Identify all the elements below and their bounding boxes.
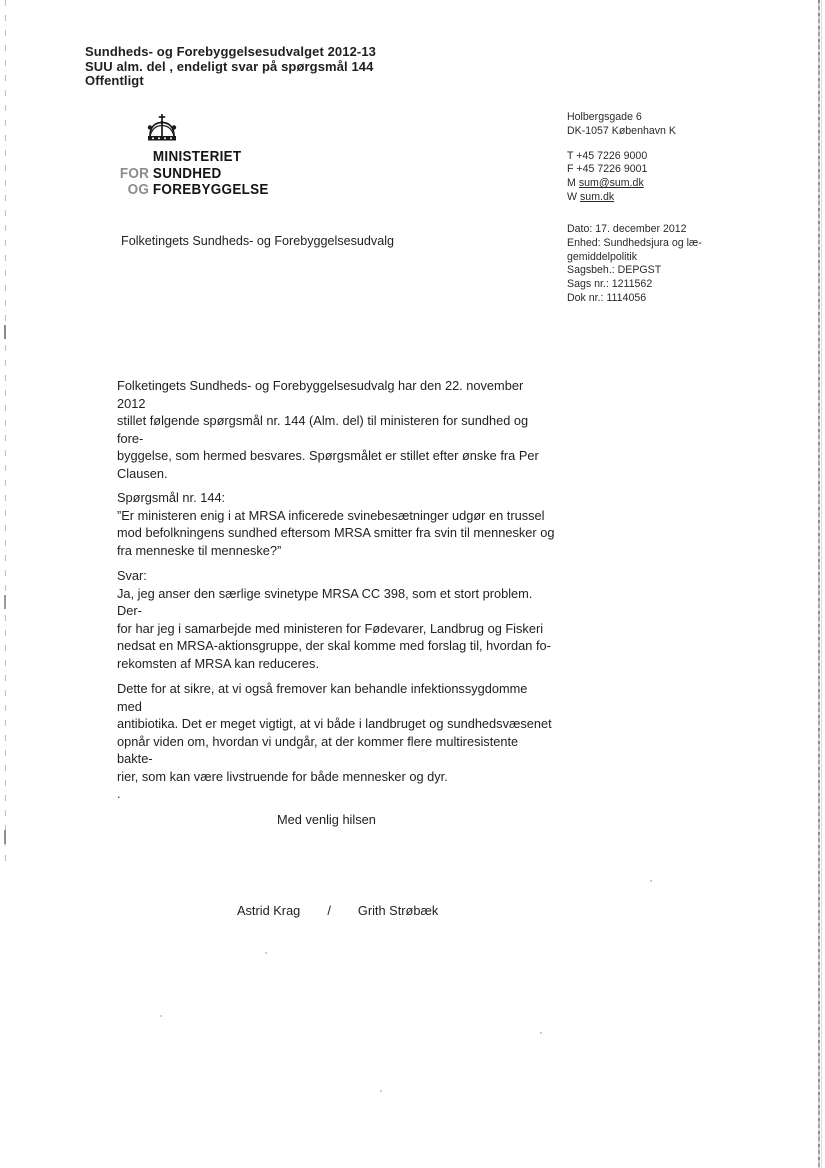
signer-minister-name: Astrid Krag: [237, 902, 300, 920]
email-line: Msum@sum.dk: [567, 177, 676, 191]
scan-speck: [380, 1090, 382, 1092]
case-info-block: Dato: 17. december 2012 Enhed: Sundhedsj…: [567, 223, 702, 306]
scan-speck: [160, 1015, 162, 1017]
publicity-line: Offentligt: [85, 74, 376, 89]
website-link[interactable]: sum.dk: [580, 191, 614, 203]
answer-label: Svar:: [117, 567, 555, 585]
logo-word-for: FOR: [112, 166, 153, 183]
signature-divider: /: [327, 902, 331, 920]
case-reference-line: SUU alm. del , endeligt svar på spørgsmå…: [85, 60, 376, 75]
recipient-line: Folketingets Sundheds- og Forebyggelsesu…: [121, 234, 394, 248]
scan-artifact-right-edge: [818, 0, 820, 1168]
signature-line: Astrid Krag / Grith Strøbæk: [237, 902, 555, 920]
stray-period-mark: .: [117, 785, 555, 803]
committee-name-line: Sundheds- og Forebyggelsesudvalget 2012-…: [85, 45, 376, 60]
scan-speck: [265, 952, 267, 954]
scan-artifact-left-edge: [5, 0, 6, 862]
letter-body: Folketingets Sundheds- og Forebyggelsesu…: [117, 377, 555, 920]
scan-speck: [540, 1032, 542, 1034]
ministry-logo-wordmark: MINISTERIET FOR SUNDHED OG FOREBYGGELSE: [112, 149, 269, 199]
case-officer: Sagsbeh.: DEPGST: [567, 264, 702, 278]
crown-icon: [145, 113, 179, 147]
phone-line: T +45 7226 9000: [567, 150, 676, 164]
logo-line-sundhed: FOR SUNDHED: [112, 166, 269, 183]
scan-artifact-right-soft-edge: [821, 0, 822, 1168]
scan-speck: [650, 880, 652, 882]
web-label: W: [567, 191, 577, 205]
scanned-letter-page: Sundheds- og Forebyggelsesudvalget 2012-…: [0, 0, 825, 1168]
case-date: Dato: 17. december 2012: [567, 223, 702, 237]
email-link[interactable]: sum@sum.dk: [579, 177, 644, 189]
case-number: Sags nr.: 1211562: [567, 278, 702, 292]
logo-line-ministeriet: MINISTERIET: [112, 149, 269, 166]
answer-paragraph-1: Ja, jeg anser den særlige svinetype MRSA…: [117, 585, 555, 673]
logo-line-forebyggelse: OG FOREBYGGELSE: [112, 182, 269, 199]
logo-word-ministeriet: MINISTERIET: [153, 149, 241, 166]
scan-artifact-left-ticks: [4, 325, 6, 339]
logo-word-forebyggelse: FOREBYGGELSE: [153, 182, 269, 199]
logo-word-sundhed: SUNDHED: [153, 166, 222, 183]
closing-salutation: Med venlig hilsen: [277, 811, 555, 829]
signer-official-name: Grith Strøbæk: [358, 902, 438, 920]
fax-line: F +45 7226 9001: [567, 163, 676, 177]
question-paragraph: ”Er ministeren enig i at MRSA inficerede…: [117, 507, 555, 560]
web-line: Wsum.dk: [567, 191, 676, 205]
answer-paragraph-2: Dette for at sikre, at vi også fremover …: [117, 680, 555, 785]
email-label: M: [567, 177, 576, 191]
committee-reference-header: Sundheds- og Forebyggelsesudvalget 2012-…: [85, 45, 376, 89]
doc-number: Dok nr.: 1114056: [567, 292, 702, 306]
address-street: Holbergsgade 6: [567, 111, 676, 125]
logo-word-og: OG: [112, 182, 153, 199]
question-label: Spørgsmål nr. 144:: [117, 489, 555, 507]
contact-spacer: [567, 139, 676, 150]
address-city: DK-1057 København K: [567, 125, 676, 139]
ministry-contact-block: Holbergsgade 6 DK-1057 København K T +45…: [567, 111, 676, 205]
intro-paragraph: Folketingets Sundheds- og Forebyggelsesu…: [117, 377, 555, 482]
case-unit: Enhed: Sundhedsjura og læ- gemiddelpolit…: [567, 237, 702, 265]
logo-prefix-spacer: [112, 149, 153, 166]
ministry-logo: MINISTERIET FOR SUNDHED OG FOREBYGGELSE: [112, 113, 280, 199]
